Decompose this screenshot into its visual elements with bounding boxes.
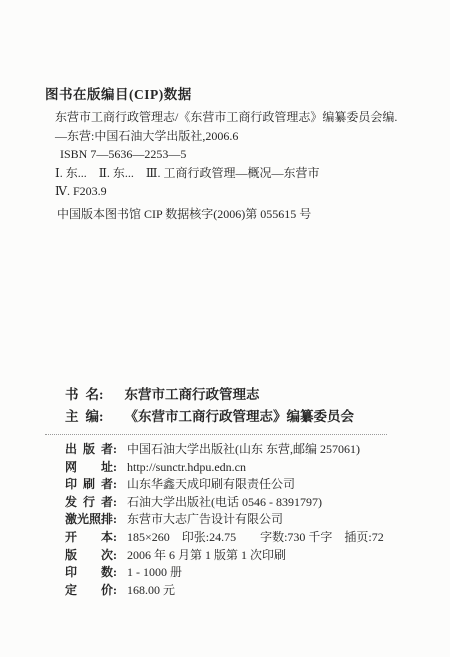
distributor-row: 发行者:石油大学出版社(电话 0546 - 8391797) [65, 494, 384, 512]
row-value: 中国石油大学出版社(山东 东营,邮编 257061) [127, 442, 360, 456]
row-colon: : [113, 442, 117, 456]
cip-registry-number: 中国版本图书馆 CIP 数据核字(2006)第 055615 号 [57, 205, 410, 223]
row-label: 版次 [65, 547, 113, 565]
publication-block: 出版者:中国石油大学出版社(山东 东营,邮编 257061) 网址:http:/… [65, 441, 384, 599]
book-title-row: 书名:东营市工商行政管理志 [65, 384, 354, 406]
print-run-row: 印数:1 - 1000 册 [65, 564, 384, 582]
row-colon: : [113, 495, 117, 509]
cip-publisher-line: —东营:中国石油大学出版社,2006.6 [55, 127, 410, 146]
title-block: 书名:东营市工商行政管理志 主编:《东营市工商行政管理志》编纂委员会 [65, 384, 354, 428]
row-value: 石油大学出版社(电话 0546 - 8391797) [127, 495, 322, 509]
row-label: 主编 [65, 406, 99, 428]
price-row: 定价:168.00 元 [65, 582, 384, 600]
row-value: 《东营市工商行政管理志》编纂委员会 [125, 409, 355, 424]
row-label: 定价 [65, 582, 113, 600]
chief-editor-row: 主编:《东营市工商行政管理志》编纂委员会 [65, 406, 354, 428]
row-value: 2006 年 6 月第 1 版第 1 次印刷 [127, 548, 286, 562]
typesetting-row: 激光照排:东营市大志广告设计有限公司 [65, 511, 384, 529]
row-value: 东营市工商行政管理志 [125, 387, 260, 402]
cip-class-number: Ⅳ. F203.9 [55, 182, 410, 201]
dotted-divider [45, 434, 387, 435]
row-colon: : [99, 409, 104, 424]
copyright-page: 图书在版编目(CIP)数据 东营市工商行政管理志/《东营市工商行政管理志》编纂委… [0, 0, 450, 657]
row-value: http://sunctr.hdpu.edn.cn [127, 460, 246, 474]
row-label: 发行者 [65, 494, 113, 512]
row-label: 出版者 [65, 441, 113, 459]
row-colon: : [113, 477, 117, 491]
row-colon: : [99, 387, 104, 402]
row-colon: : [113, 530, 117, 544]
row-label: 印刷者 [65, 476, 113, 494]
publisher-row: 出版者:中国石油大学出版社(山东 东营,邮编 257061) [65, 441, 384, 459]
row-colon: : [113, 460, 117, 474]
row-label: 印数 [65, 564, 113, 582]
row-label: 开本 [65, 529, 113, 547]
row-label: 激光照排 [65, 511, 113, 529]
cip-heading: 图书在版编目(CIP)数据 [45, 86, 410, 104]
row-value: 168.00 元 [127, 583, 175, 597]
cip-classification-line: Ⅰ. 东... Ⅱ. 东... Ⅲ. 工商行政管理—概况—东营市 [55, 164, 410, 183]
row-colon: : [113, 548, 117, 562]
printer-row: 印刷者:山东华鑫天成印刷有限责任公司 [65, 476, 384, 494]
row-label: 网址 [65, 459, 113, 477]
format-row: 开本:185×260 印张:24.75 字数:730 千字 插页:72 [65, 529, 384, 547]
row-value: 东营市大志广告设计有限公司 [127, 512, 283, 526]
website-row: 网址:http://sunctr.hdpu.edn.cn [65, 459, 384, 477]
row-colon: : [113, 583, 117, 597]
row-colon: : [113, 565, 117, 579]
edition-row: 版次:2006 年 6 月第 1 版第 1 次印刷 [65, 547, 384, 565]
row-value: 1 - 1000 册 [127, 565, 182, 579]
row-value: 185×260 印张:24.75 字数:730 千字 插页:72 [127, 530, 384, 544]
row-value: 山东华鑫天成印刷有限责任公司 [127, 477, 295, 491]
row-colon: : [113, 512, 117, 526]
row-label: 书名 [65, 384, 99, 406]
cip-block: 图书在版编目(CIP)数据 东营市工商行政管理志/《东营市工商行政管理志》编纂委… [45, 86, 410, 223]
cip-isbn: ISBN 7—5636—2253—5 [60, 145, 410, 164]
cip-title-statement: 东营市工商行政管理志/《东营市工商行政管理志》编纂委员会编. [55, 108, 410, 127]
